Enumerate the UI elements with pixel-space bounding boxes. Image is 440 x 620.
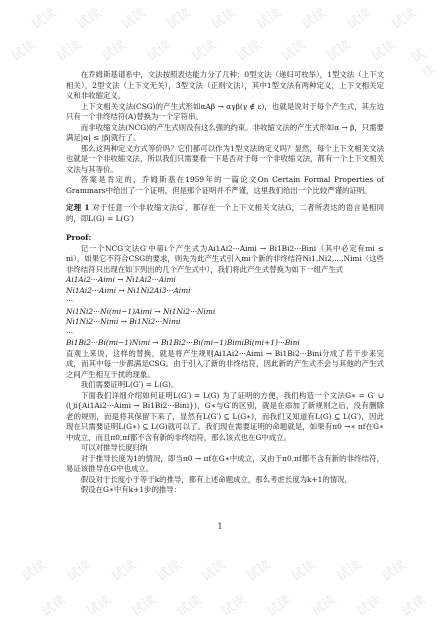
proof-base-case: 对于推导长度为1的情况，即当π0 → πf在G∗中成立，又由于π0,πf都不含有… [66,454,384,475]
proof-goal: 我们需要证明L(G′) = L(G)。 [66,380,384,391]
theorem-block: 定理 1 对于任意一个非收缩文法G′，都存在一个上下文相关文法G，二者所表达的语… [66,203,384,224]
watermark: 试读 [332,554,364,584]
watermark: 试读 [162,2,194,32]
watermark: 试读 [322,34,354,64]
production-rule: Ni1Ai2···Aimi → Ni1Ni2Ai3···Aimi [66,286,384,297]
watermark: 试读 [97,34,129,64]
watermark: 试读 [232,34,264,64]
watermark: 试读 [367,34,399,64]
watermark: 试读 [107,554,139,584]
watermark: 试读 [82,589,114,619]
watermark: 试读 [197,554,229,584]
watermark: 试读 [72,2,104,32]
watermark: 试读 [172,589,204,619]
paragraph-chomsky-hierarchy: 在乔姆斯基谱系中，文法按照表达能力分了几种：0型文法（递归可枚举），1型文法（上… [66,70,384,102]
watermark: 试读 [277,34,309,64]
production-rules-list: Ai1Ai2···Aimi → Ni1Ai2···Aimi Ni1Ai2···A… [66,275,384,349]
watermark: 试读 [207,2,239,32]
production-rule: Bi1Bi2···Bi(mi−1)Nimi → Bi1Bi2···Bi(mi−1… [66,338,384,349]
page-number: 1 [0,522,440,531]
watermark: 试读 [117,2,149,32]
watermark: 试读 [342,2,374,32]
watermark: 试读 [217,589,249,619]
proof-paragraph-2: 下面我们详细介绍如何证明L(G′) = L(G) 为了证明的方便，我们构造一个文… [66,391,384,444]
proof-inductive-step: 假设对于长度小于等于k的推导，都有上述命题成立，那么考虑长度为k+1的情况， [66,475,384,486]
production-rule: Ai1Ai2···Aimi → Ni1Ai2···Aimi [66,275,384,286]
paragraph-ncg-definition: 而非收缩文法(NCG)的产生式则没有这么强的约束。非收缩文法的产生式形如α → … [66,123,384,144]
watermark: 试读 [242,554,274,584]
watermark: 试读 [142,34,174,64]
watermark: 试读 [127,589,159,619]
proof-title: Proof: [66,233,384,244]
watermark: 试读 [297,2,329,32]
watermark: 试读 [7,34,39,64]
theorem-label: 定理 1 [66,203,90,212]
watermark: 试读 [352,589,384,619]
production-rule: Ni1Ni2···Nimi → Bi1Ni2···Nimi [66,317,384,328]
watermark: 试读 [287,554,319,584]
watermark: 试读 [187,34,219,64]
watermark: 试读 [406,36,440,81]
watermark: 试读 [62,554,94,584]
production-rule-ellipsis: ··· [66,328,384,339]
document-page: 在乔姆斯基谱系中，文法按照表达能力分了几种：0型文法（递归可枚举），1型文法（上… [66,70,384,496]
proof-inductive-step-2: 假设在G∗中有k+1步的推导： [66,485,384,496]
paragraph-csg-definition: 上下文相关文法(CSG)的产生式形如αAβ → αγβ(γ ∉ ε)，也就是说对… [66,102,384,123]
watermark: 试读 [52,34,84,64]
watermark: 试读 [377,554,409,584]
watermark: 试读 [27,2,59,32]
watermark: 试读 [307,589,339,619]
production-rule-ellipsis: ··· [66,296,384,307]
watermark: 试读 [387,2,419,32]
proof-intro: 记一个NCG文法G′中第i个产生式为Ai1Ai2···Aimi → Bi1Bi2… [66,244,384,276]
watermark: 试读 [397,589,429,619]
watermark: 试读 [152,554,184,584]
watermark: 试读 [17,554,49,584]
proof-after-rules: 直观上来说，这样的替换，就是将产生规则Ai1Ai2···Aimi → Bi1Bi… [66,349,384,381]
proof-induction: 可以对推导长度归纳 [66,443,384,454]
watermark: 试读 [252,2,284,32]
paragraph-answer: 答案是肯定的，乔姆斯基在1959年的一篇论文On Certain Formal … [66,175,384,196]
theorem-text: 对于任意一个非收缩文法G′，都存在一个上下文相关文法G，二者所表达的语言是相同的… [66,203,384,223]
watermark: 试读 [37,589,69,619]
paragraph-equivalence-question: 那么这两种定义方式等价吗？它们都可以作为1型文法的定义吗？显然，每个上下文相关文… [66,144,384,176]
production-rule: Ni1Ni2···Ni(mi−1)Aimi → Ni1Ni2···Nimi [66,307,384,318]
watermark: 试读 [262,589,294,619]
